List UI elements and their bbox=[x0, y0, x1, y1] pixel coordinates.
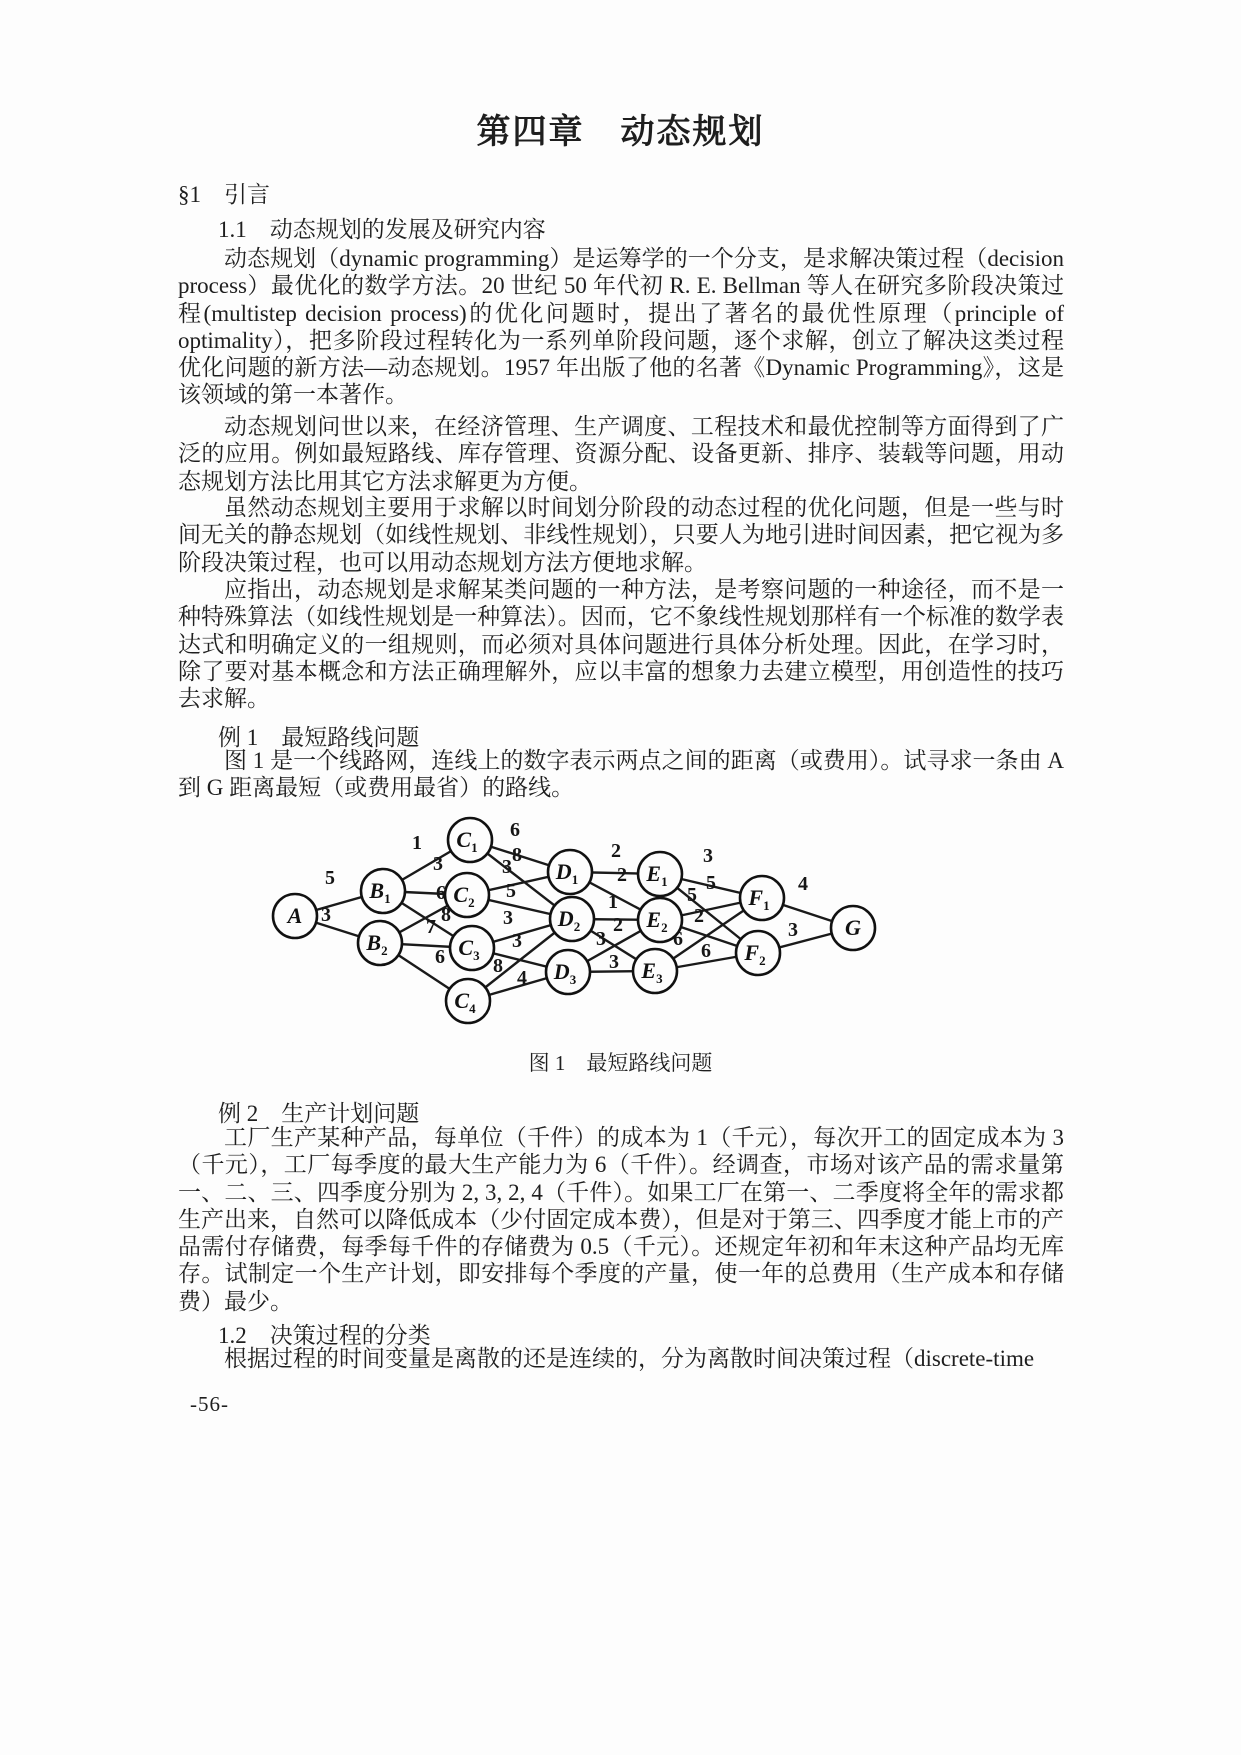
edge-weight-D1-E1: 2 bbox=[611, 840, 621, 862]
paragraph-static-programming: 虽然动态规划主要用于求解以时间划分阶段的动态过程的优化问题，但是一些与时间无关的… bbox=[178, 494, 1064, 576]
edge-weight-D3-E2: 3 bbox=[596, 928, 606, 950]
edge-weight-F2-G: 3 bbox=[788, 919, 798, 941]
edge-weight-D2-E3: 2 bbox=[613, 914, 623, 936]
paragraph-method-note: 应指出，动态规划是求解某类问题的一种方法，是考察问题的一种途径，而不是一种特殊算… bbox=[178, 576, 1064, 712]
section-1-1-heading: 1.1 动态规划的发展及研究内容 bbox=[218, 211, 1064, 244]
page-number: -56- bbox=[190, 1392, 229, 1417]
shortest-path-network-diagram: 531368766835338422123335526643AB1B2C1C2C… bbox=[240, 798, 900, 1038]
edge-weight-F1-G: 4 bbox=[798, 873, 808, 895]
document-page: 第四章 动态规划 §1 引言 1.1 动态规划的发展及研究内容 动态规划（dyn… bbox=[0, 0, 1241, 1755]
edge-weight-A-B1: 5 bbox=[325, 867, 335, 889]
paragraph-applications: 动态规划问世以来，在经济管理、生产调度、工程技术和最优控制等方面得到了广泛的应用… bbox=[178, 413, 1064, 495]
edge-weight-E1-F2: 5 bbox=[706, 872, 716, 894]
edge-weight-C4-D2: 8 bbox=[493, 955, 503, 977]
example-1-intro: 图 1 是一个线路网，连线上的数字表示两点之间的距离（或费用）。试寻求一条由 A… bbox=[178, 747, 1064, 802]
edge-weight-C1-D1: 6 bbox=[510, 819, 520, 841]
edge-weight-E2-F2: 2 bbox=[694, 905, 704, 927]
paragraph-intro-dp: 动态规划（dynamic programming）是运筹学的一个分支，是求解决策… bbox=[178, 245, 1064, 409]
edge-weight-B1-C1: 1 bbox=[412, 832, 422, 854]
edge-weight-B1-C2: 3 bbox=[433, 853, 443, 875]
example-2-body: 工厂生产某种产品，每单位（千件）的成本为 1（千元），每次开工的固定成本为 3（… bbox=[178, 1124, 1064, 1315]
edge-weight-C3-D2: 3 bbox=[503, 907, 513, 929]
edge-weight-E3-F2: 6 bbox=[701, 940, 711, 962]
section-1-heading: §1 引言 bbox=[178, 176, 1064, 209]
edge-weight-B2-C3: 7 bbox=[426, 916, 436, 938]
chapter-title: 第四章 动态规划 bbox=[0, 104, 1241, 153]
paragraph-classification: 根据过程的时间变量是离散的还是连续的，分为离散时间决策过程（discrete-t… bbox=[178, 1345, 1064, 1372]
edge-weight-E2-F1: 5 bbox=[687, 884, 697, 906]
edge-weight-E1-F1: 3 bbox=[703, 845, 713, 867]
figure-1-caption: 图 1 最短路线问题 bbox=[0, 1047, 1241, 1077]
edge-weight-D3-E3: 3 bbox=[609, 951, 619, 973]
edge-weight-C4-D3: 4 bbox=[517, 967, 527, 989]
node-label-A: A bbox=[286, 903, 303, 928]
edge-weight-D1-E2: 2 bbox=[617, 864, 627, 886]
edge-weight-C2-D2: 5 bbox=[506, 880, 516, 902]
edge-weight-C1-D2: 8 bbox=[512, 844, 522, 866]
edge-weight-C3-D3: 3 bbox=[512, 930, 522, 952]
edge-weight-B2-C4: 6 bbox=[435, 946, 445, 968]
edge-weight-A-B2: 3 bbox=[321, 904, 331, 926]
edge-weight-C2-D1: 3 bbox=[502, 856, 512, 878]
node-label-G: G bbox=[845, 915, 861, 940]
edge-weight-D2-E2: 1 bbox=[608, 891, 618, 913]
